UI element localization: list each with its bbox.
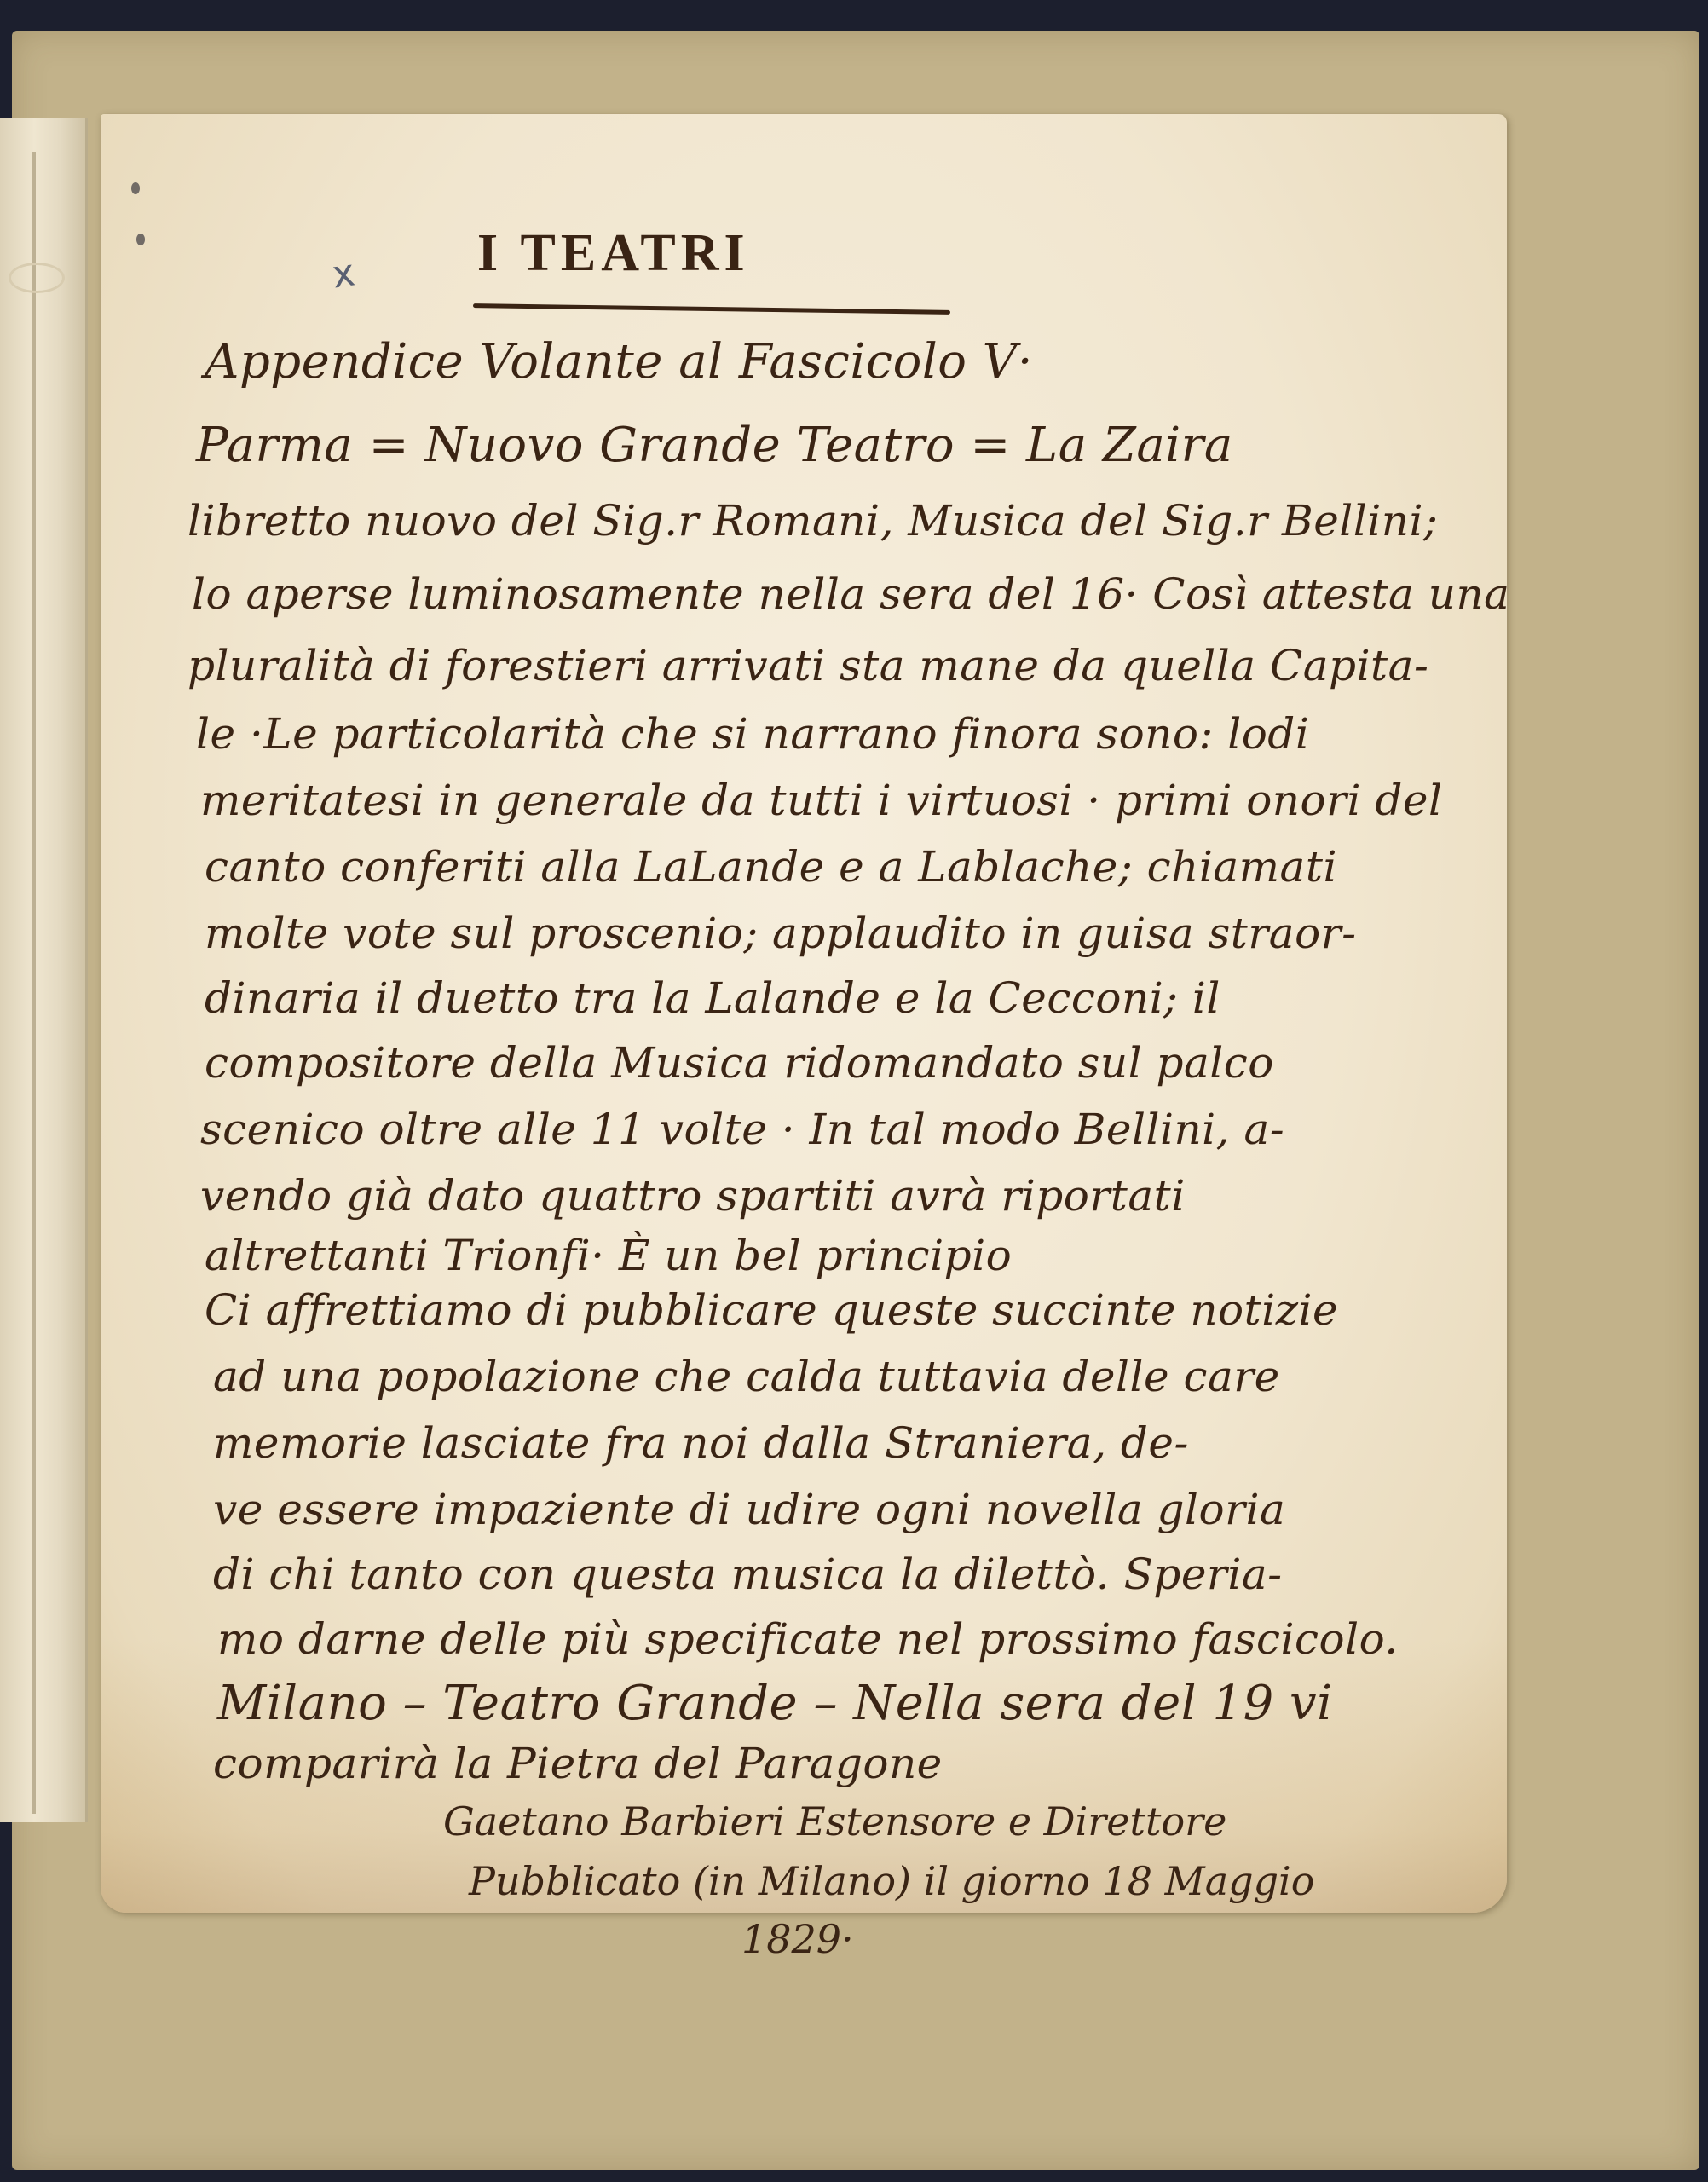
text-line: lo aperse luminosamente nella sera del 1… <box>192 569 1509 619</box>
signature-publication: Pubblicato (in Milano) il giorno 18 Magg… <box>469 1858 1314 1904</box>
ink-smudge <box>136 234 145 245</box>
signature-editor: Gaetano Barbieri Estensore e Direttore <box>443 1798 1226 1844</box>
binding-thread-icon <box>9 263 65 293</box>
text-line: mo darne delle più specificate nel pross… <box>217 1614 1399 1664</box>
text-line: compositore della Musica ridomandato sul… <box>205 1038 1274 1088</box>
text-line: meritatesi in generale da tutti i virtuo… <box>200 776 1443 825</box>
text-line: dinaria il duetto tra la Lalande e la Ce… <box>205 973 1220 1023</box>
text-line: Ci affrettiamo di pubblicare queste succ… <box>205 1285 1338 1335</box>
text-line: ad una popolazione che calda tuttavia de… <box>213 1352 1280 1401</box>
text-line: scenico oltre alle 11 volte · In tal mod… <box>200 1105 1284 1154</box>
text-line: molte vote sul proscenio; applaudito in … <box>205 909 1356 958</box>
text-line: ve essere impaziente di udire ogni novel… <box>213 1485 1285 1534</box>
text-line: Parma = Nuovo Grande Teatro = La Zaira <box>196 418 1233 473</box>
page-title: I TEATRI <box>477 223 750 284</box>
signature-year: 1829· <box>741 1916 854 1962</box>
text-line: le ·Le particolarità che si narrano fino… <box>196 709 1309 759</box>
text-line: pluralità di forestieri arrivati sta man… <box>188 641 1428 690</box>
text-line: di chi tanto con questa musica la dilett… <box>213 1550 1283 1599</box>
text-line: Appendice Volante al Fascicolo V· <box>205 334 1033 390</box>
text-line: altrettanti Trionfi· È un bel principio <box>205 1231 1012 1280</box>
text-line: comparirà la Pietra del Paragone <box>213 1739 943 1788</box>
text-line: canto conferiti alla LaLande e a Lablach… <box>205 842 1337 892</box>
text-line: vendo già dato quattro spartiti avrà rip… <box>200 1171 1186 1221</box>
ink-smudge <box>131 182 140 194</box>
text-line: libretto nuovo del Sig.r Romani, Musica … <box>188 496 1438 545</box>
text-line: Milano – Teatro Grande – Nella sera del … <box>217 1676 1333 1731</box>
binding-spine <box>0 118 88 1822</box>
text-line: memorie lasciate fra noi dalla Straniera… <box>213 1418 1189 1468</box>
binding-fold <box>32 152 36 1814</box>
